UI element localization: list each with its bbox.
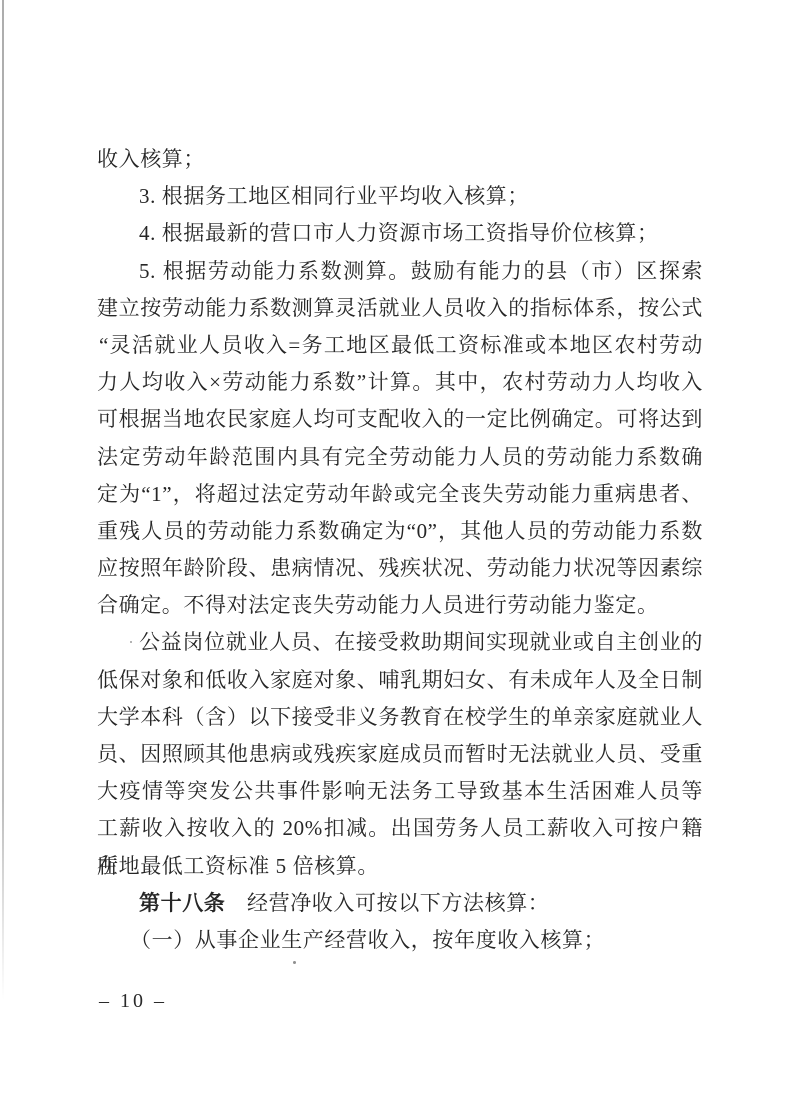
text-line: 可根据当地农民家庭人均可支配收入的一定比例确定。可将达到 bbox=[97, 401, 703, 438]
scan-speck bbox=[293, 961, 296, 964]
text-line: 公益岗位就业人员、在接受救助期间实现就业或自主创业的 bbox=[97, 624, 703, 661]
scan-edge-line bbox=[2, 0, 4, 1000]
text-line: 收入核算； bbox=[97, 141, 703, 178]
text-line: 工薪收入按收入的 20%扣减。出国劳务人员工薪收入可按户籍所 bbox=[97, 810, 703, 847]
text-line: “灵活就业人员收入=务工地区最低工资标准或本地区农村劳动 bbox=[97, 327, 703, 364]
text-line: 重残人员的劳动能力系数确定为“0”，其他人员的劳动能力系数 bbox=[97, 513, 703, 550]
text-line: 力人均收入×劳动能力系数”计算。其中，农村劳动力人均收入 bbox=[97, 364, 703, 401]
text-line: 大学本科（含）以下接受非义务教育在校学生的单亲家庭就业人 bbox=[97, 699, 703, 736]
text-line: 低保对象和低收入家庭对象、哺乳期妇女、有未成年人及全日制 bbox=[97, 662, 703, 699]
text-line: 第十八条 经营净收入可按以下方法核算： bbox=[97, 885, 703, 922]
document-page: 收入核算；3. 根据务工地区相同行业平均收入核算；4. 根据最新的营口市人力资源… bbox=[0, 0, 793, 1107]
text-line: 法定劳动年龄范围内具有完全劳动能力人员的劳动能力系数确 bbox=[97, 439, 703, 476]
text-line: （一）从事企业生产经营收入，按年度收入核算； bbox=[97, 922, 703, 959]
text-line: 定为“1”，将超过法定劳动年龄或完全丧失劳动能力重病患者、 bbox=[97, 476, 703, 513]
article-number: 第十八条 bbox=[139, 891, 225, 915]
text-line: 5. 根据劳动能力系数测算。鼓励有能力的县（市）区探索 bbox=[97, 253, 703, 290]
text-line: 合确定。不得对法定丧失劳动能力人员进行劳动能力鉴定。 bbox=[97, 587, 703, 624]
text-line: 建立按劳动能力系数测算灵活就业人员收入的指标体系，按公式 bbox=[97, 290, 703, 327]
text-line: 在地最低工资标准 5 倍核算。 bbox=[97, 848, 703, 885]
text-line: 3. 根据务工地区相同行业平均收入核算； bbox=[97, 178, 703, 215]
text-line: 大疫情等突发公共事件影响无法务工导致基本生活困难人员等 bbox=[97, 773, 703, 810]
text-line: 员、因照顾其他患病或残疾家庭成员而暂时无法就业人员、受重 bbox=[97, 736, 703, 773]
text-line: 4. 根据最新的营口市人力资源市场工资指导价位核算； bbox=[97, 215, 703, 252]
article-text: 经营净收入可按以下方法核算： bbox=[225, 891, 549, 915]
text-line: 应按照年龄阶段、患病情况、残疾状况、劳动能力状况等因素综 bbox=[97, 550, 703, 587]
document-body: 收入核算；3. 根据务工地区相同行业平均收入核算；4. 根据最新的营口市人力资源… bbox=[97, 141, 703, 959]
page-number: – 10 – bbox=[99, 990, 167, 1013]
